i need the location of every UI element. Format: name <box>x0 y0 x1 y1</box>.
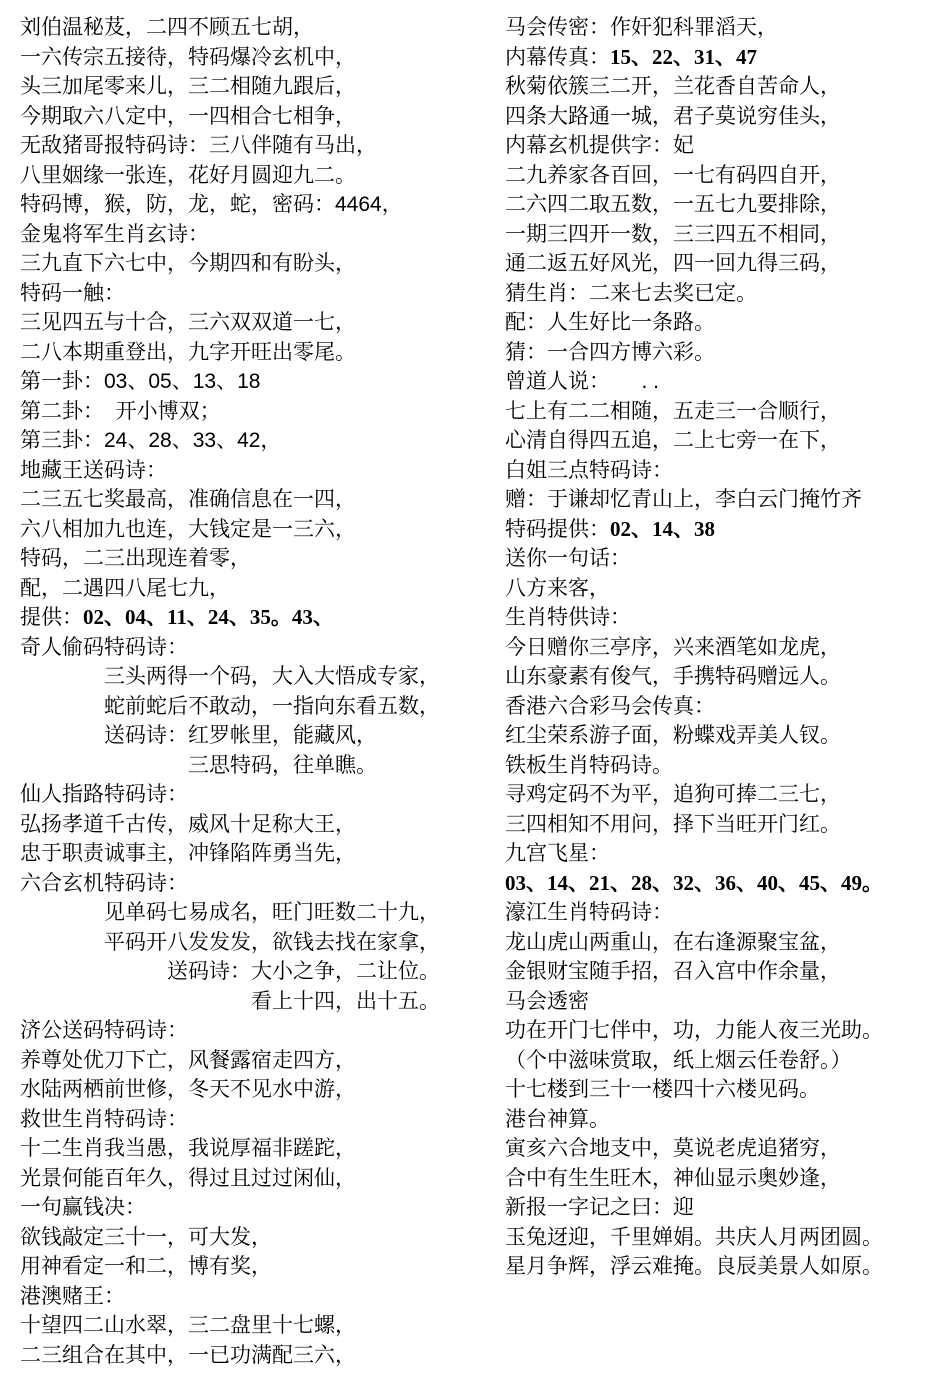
text-run: 二八本期重登出，九字开旺出零尾。 <box>20 341 356 364</box>
text-run: 送码诗：大小之争，二让位。 <box>20 960 440 983</box>
text-line: 一六传宗五接待，特码爆冷玄机中， <box>20 43 485 73</box>
text-line: 看上十四，出十五。 <box>20 987 485 1017</box>
number-run: 02、04、11、24、35。43、 <box>83 605 334 629</box>
text-line: 平码开八发发发，欲钱去找在家拿， <box>20 928 485 958</box>
text-run: 猜生肖：二来七去奖已定。 <box>505 282 757 305</box>
text-line: 弘扬孝道千古传，威风十足称大王， <box>20 810 485 840</box>
text-line: 03、14、21、28、32、36、40、45、49。 <box>505 869 930 899</box>
text-line: 水陆两栖前世修，冬天不见水中游， <box>20 1075 485 1105</box>
text-run: 濠江生肖特码诗： <box>505 901 673 924</box>
text-run: 山东豪素有俊气，手携特码赠远人。 <box>505 665 841 688</box>
text-line: 六八相加九也连，大钱定是一三六， <box>20 515 485 545</box>
text-line: 二三五七奖最高，准确信息在一四， <box>20 485 485 515</box>
text-run: 二九养家各百回，一七有码四自开， <box>505 164 841 187</box>
text-line: 合中有生生旺木，神仙显示奥妙逢， <box>505 1164 930 1194</box>
text-line: 曾道人说： . . <box>505 367 930 397</box>
text-run: 地藏王送码诗： <box>20 459 167 482</box>
text-run: 心清自得四五追，二上七旁一在下， <box>505 429 841 452</box>
text-run: 今期取六八定中，一四相合七相争， <box>20 105 356 128</box>
text-run: 弘扬孝道千古传，威风十足称大王， <box>20 813 356 836</box>
text-run: 寻鸡定码不为平，追狗可捧二三七， <box>505 783 841 806</box>
text-run: 红尘荣系游子面，粉蝶戏弄美人钗。 <box>505 724 841 747</box>
text-line: 四条大路通一城，君子莫说穷佳头， <box>505 102 930 132</box>
text-line: 见单码七易成名，旺门旺数二十九， <box>20 898 485 928</box>
text-run: 内幕玄机提供字：妃 <box>505 134 694 157</box>
text-run: 玉兔迓迎，千里婵娟。共庆人月两团圆。 <box>505 1226 883 1249</box>
text-run: 一句赢钱决： <box>20 1196 146 1219</box>
text-run: 十七楼到三十一楼四十六楼见码。 <box>505 1078 820 1101</box>
text-line: （个中滋味赏取，纸上烟云任卷舒。） <box>505 1046 930 1076</box>
text-line: 二三组合在其中，一已功满配三六， <box>20 1341 485 1371</box>
text-run: 送码诗：红罗帐里，能藏风， <box>20 724 377 747</box>
text-run: （个中滋味赏取，纸上烟云任卷舒。） <box>505 1049 852 1072</box>
text-line: 玉兔迓迎，千里婵娟。共庆人月两团圆。 <box>505 1223 930 1253</box>
text-run: 新报一字记之曰：迎 <box>505 1196 694 1219</box>
text-line: 三头两得一个码，大入大悟成专家， <box>20 662 485 692</box>
text-line: 濠江生肖特码诗： <box>505 898 930 928</box>
text-run: 合中有生生旺木，神仙显示奥妙逢， <box>505 1167 841 1190</box>
text-line: 送你一句话： <box>505 544 930 574</box>
text-line: 十二生肖我当愚，我说厚福非蹉跎， <box>20 1134 485 1164</box>
number-run: 02、14、38 <box>610 517 715 541</box>
text-line: 光景何能百年久，得过且过过闲仙， <box>20 1164 485 1194</box>
text-run: 奇人偷码特码诗： <box>20 636 188 659</box>
text-line: 地藏王送码诗： <box>20 456 485 486</box>
text-run: 养尊处优刀下亡，风餐露宿走四方， <box>20 1049 356 1072</box>
text-run: 三九直下六七中，今期四和有盼头， <box>20 252 356 275</box>
text-line: 特码博，猴，防，龙，蛇，密码：4464， <box>20 190 485 220</box>
text-run: 救世生肖特码诗： <box>20 1108 188 1131</box>
text-run: 星月争辉，浮云难掩。良辰美景人如原。 <box>505 1255 883 1278</box>
text-line: 内幕玄机提供字：妃 <box>505 131 930 161</box>
text-line: 龙山虎山两重山，在右逢源聚宝盆， <box>505 928 930 958</box>
text-line: 提供：02、04、11、24、35。43、 <box>20 603 485 633</box>
text-line: 三见四五与十合，三六双双道一七， <box>20 308 485 338</box>
text-run: 马会传密：作奸犯科罪滔天， <box>505 16 778 39</box>
text-line: 配，二遇四八尾七九， <box>20 574 485 604</box>
text-run: 三四相知不用问，择下当旺开门红。 <box>505 813 841 836</box>
text-line: 配：人生好比一条路。 <box>505 308 930 338</box>
text-run: 特码一触： <box>20 282 125 305</box>
text-line: 星月争辉，浮云难掩。良辰美景人如原。 <box>505 1252 930 1282</box>
text-line: 生肖特供诗： <box>505 603 930 633</box>
text-run: 第一卦：03、05、13、18 <box>20 370 260 393</box>
text-run: 猜：一合四方博六彩。 <box>505 341 715 364</box>
text-line: 功在开门七伴中，功，力能人夜三光助。 <box>505 1016 930 1046</box>
text-run: 济公送码特码诗： <box>20 1019 188 1042</box>
text-run: 马会透密 <box>505 990 589 1013</box>
text-line: 猜生肖：二来七去奖已定。 <box>505 279 930 309</box>
text-line: 仙人指路特码诗： <box>20 780 485 810</box>
right-column: 马会传密：作奸犯科罪滔天，内幕传真：15、22、31、47秋菊依簇三二开，兰花香… <box>505 13 930 1282</box>
text-line: 八方来客， <box>505 574 930 604</box>
text-run: 港澳赌王： <box>20 1285 125 1308</box>
text-line: 特码提供：02、14、38 <box>505 515 930 545</box>
text-run: 三见四五与十合，三六双双道一七， <box>20 311 356 334</box>
text-run: 刘伯温秘芨，二四不顾五七胡， <box>20 16 314 39</box>
text-line: 第一卦：03、05、13、18 <box>20 367 485 397</box>
text-line: 通二返五好风光，四一回九得三码， <box>505 249 930 279</box>
text-run: 白姐三点特码诗： <box>505 459 673 482</box>
text-line: 白姐三点特码诗： <box>505 456 930 486</box>
text-run: 第二卦： 开小博双； <box>20 400 221 423</box>
text-run: 寅亥六合地支中，莫说老虎追猪穷， <box>505 1137 841 1160</box>
text-line: 蛇前蛇后不敢动，一指向东看五数， <box>20 692 485 722</box>
text-line: 心清自得四五追，二上七旁一在下， <box>505 426 930 456</box>
text-line: 三四相知不用问，择下当旺开门红。 <box>505 810 930 840</box>
text-run: 看上十四，出十五。 <box>20 990 440 1013</box>
text-run: 六合玄机特码诗： <box>20 872 188 895</box>
text-run: 送你一句话： <box>505 547 631 570</box>
text-run: 十二生肖我当愚，我说厚福非蹉跎， <box>20 1137 356 1160</box>
text-line: 十七楼到三十一楼四十六楼见码。 <box>505 1075 930 1105</box>
text-line: 秋菊依簇三二开，兰花香自苦命人， <box>505 72 930 102</box>
text-line: 七上有二二相随，五走三一合顺行， <box>505 397 930 427</box>
text-run: 平码开八发发发，欲钱去找在家拿， <box>20 931 440 954</box>
text-run: 港台神算。 <box>505 1108 610 1131</box>
text-run: 七上有二二相随，五走三一合顺行， <box>505 400 841 423</box>
left-column: 刘伯温秘芨，二四不顾五七胡，一六传宗五接待，特码爆冷玄机中，头三加尾零来儿，三二… <box>20 13 485 1370</box>
text-line: 铁板生肖特码诗。 <box>505 751 930 781</box>
text-run: 六八相加九也连，大钱定是一三六， <box>20 518 356 541</box>
text-run: 秋菊依簇三二开，兰花香自苦命人， <box>505 75 841 98</box>
text-line: 八里姻缘一张连，花好月圆迎九二。 <box>20 161 485 191</box>
text-run: 二三五七奖最高，准确信息在一四， <box>20 488 356 511</box>
text-run: 一期三四开一数，三三四五不相同， <box>505 223 841 246</box>
text-run: 头三加尾零来儿，三二相随九跟后， <box>20 75 356 98</box>
text-line: 特码，二三出现连着零， <box>20 544 485 574</box>
text-run: 三头两得一个码，大入大悟成专家， <box>20 665 440 688</box>
text-line: 九宫飞星： <box>505 839 930 869</box>
text-run: 通二返五好风光，四一回九得三码， <box>505 252 841 275</box>
text-run: 蛇前蛇后不敢动，一指向东看五数， <box>20 695 440 718</box>
text-run: 十望四二山水翠，三二盘里十七螺， <box>20 1314 356 1337</box>
text-run: 一六传宗五接待，特码爆冷玄机中， <box>20 46 356 69</box>
text-line: 今日赠你三亭序，兴来酒笔如龙虎， <box>505 633 930 663</box>
text-run: 功在开门七伴中，功，力能人夜三光助。 <box>505 1019 883 1042</box>
text-line: 马会透密 <box>505 987 930 1017</box>
text-run: 龙山虎山两重山，在右逢源聚宝盆， <box>505 931 841 954</box>
text-line: 马会传密：作奸犯科罪滔天， <box>505 13 930 43</box>
text-line: 用神看定一和二，博有奖， <box>20 1252 485 1282</box>
text-line: 送码诗：红罗帐里，能藏风， <box>20 721 485 751</box>
text-run: 见单码七易成名，旺门旺数二十九， <box>20 901 440 924</box>
text-run: 忠于职责诚事主，冲锋陷阵勇当先， <box>20 842 356 865</box>
text-run: 香港六合彩马会传真： <box>505 695 715 718</box>
text-line: 今期取六八定中，一四相合七相争， <box>20 102 485 132</box>
text-line: 寻鸡定码不为平，追狗可捧二三七， <box>505 780 930 810</box>
text-run: 金鬼将军生肖玄诗： <box>20 223 209 246</box>
text-run: 二三组合在其中，一已功满配三六， <box>20 1344 356 1367</box>
text-run: 用神看定一和二，博有奖， <box>20 1255 272 1278</box>
text-line: 香港六合彩马会传真： <box>505 692 930 722</box>
text-run: 提供： <box>20 606 83 629</box>
text-line: 特码一触： <box>20 279 485 309</box>
text-line: 第二卦： 开小博双； <box>20 397 485 427</box>
text-line: 红尘荣系游子面，粉蝶戏弄美人钗。 <box>505 721 930 751</box>
text-line: 一期三四开一数，三三四五不相同， <box>505 220 930 250</box>
text-run: 八方来客， <box>505 577 610 600</box>
text-line: 欲钱敲定三十一，可大发， <box>20 1223 485 1253</box>
text-line: 第三卦：24、28、33、42， <box>20 426 485 456</box>
text-line: 十望四二山水翠，三二盘里十七螺， <box>20 1311 485 1341</box>
text-line: 山东豪素有俊气，手携特码赠远人。 <box>505 662 930 692</box>
text-run: 内幕传真： <box>505 46 610 69</box>
text-run: 光景何能百年久，得过且过过闲仙， <box>20 1167 356 1190</box>
text-run: 八里姻缘一张连，花好月圆迎九二。 <box>20 164 356 187</box>
text-line: 三九直下六七中，今期四和有盼头， <box>20 249 485 279</box>
text-line: 金银财宝随手招，召入宫中作余量， <box>505 957 930 987</box>
text-run: 四条大路通一城，君子莫说穷佳头， <box>505 105 841 128</box>
text-line: 送码诗：大小之争，二让位。 <box>20 957 485 987</box>
text-line: 六合玄机特码诗： <box>20 869 485 899</box>
text-line: 刘伯温秘芨，二四不顾五七胡， <box>20 13 485 43</box>
text-run: 特码博，猴，防，龙，蛇，密码：4464， <box>20 193 403 216</box>
text-run: 九宫飞星： <box>505 842 610 865</box>
text-run: 特码提供： <box>505 518 610 541</box>
text-line: 养尊处优刀下亡，风餐露宿走四方， <box>20 1046 485 1076</box>
text-line: 二六四二取五数，一五七九要排除， <box>505 190 930 220</box>
text-run: 无敌猪哥报特码诗：三八伴随有马出， <box>20 134 377 157</box>
text-line: 赠：于谦却忆青山上，李白云门掩竹齐 <box>505 485 930 515</box>
text-run: 三思特码，往单瞧。 <box>20 754 377 777</box>
text-line: 二八本期重登出，九字开旺出零尾。 <box>20 338 485 368</box>
number-run: 15、22、31、47 <box>610 45 757 69</box>
text-line: 一句赢钱决： <box>20 1193 485 1223</box>
text-run: 配：人生好比一条路。 <box>505 311 715 334</box>
text-run: 金银财宝随手招，召入宫中作余量， <box>505 960 841 983</box>
text-line: 头三加尾零来儿，三二相随九跟后， <box>20 72 485 102</box>
text-run: 曾道人说： . . <box>505 370 659 393</box>
number-run: 03、14、21、28、32、36、40、45、49。 <box>505 871 883 895</box>
text-line: 二九养家各百回，一七有码四自开， <box>505 161 930 191</box>
text-run: 配，二遇四八尾七九， <box>20 577 230 600</box>
text-line: 济公送码特码诗： <box>20 1016 485 1046</box>
text-run: 赠：于谦却忆青山上，李白云门掩竹齐 <box>505 488 862 511</box>
text-line: 无敌猪哥报特码诗：三八伴随有马出， <box>20 131 485 161</box>
text-run: 欲钱敲定三十一，可大发， <box>20 1226 272 1249</box>
text-run: 二六四二取五数，一五七九要排除， <box>505 193 841 216</box>
text-run: 第三卦：24、28、33、42， <box>20 429 281 452</box>
text-line: 猜：一合四方博六彩。 <box>505 338 930 368</box>
text-run: 铁板生肖特码诗。 <box>505 754 673 777</box>
text-line: 港澳赌王： <box>20 1282 485 1312</box>
text-line: 寅亥六合地支中，莫说老虎追猪穷， <box>505 1134 930 1164</box>
text-run: 水陆两栖前世修，冬天不见水中游， <box>20 1078 356 1101</box>
text-line: 救世生肖特码诗： <box>20 1105 485 1135</box>
text-line: 奇人偷码特码诗： <box>20 633 485 663</box>
text-run: 仙人指路特码诗： <box>20 783 188 806</box>
text-line: 新报一字记之曰：迎 <box>505 1193 930 1223</box>
text-line: 港台神算。 <box>505 1105 930 1135</box>
text-line: 金鬼将军生肖玄诗： <box>20 220 485 250</box>
text-line: 内幕传真：15、22、31、47 <box>505 43 930 73</box>
text-run: 生肖特供诗： <box>505 606 631 629</box>
text-line: 忠于职责诚事主，冲锋陷阵勇当先， <box>20 839 485 869</box>
text-run: 特码，二三出现连着零， <box>20 547 251 570</box>
page: 刘伯温秘芨，二四不顾五七胡，一六传宗五接待，特码爆冷玄机中，头三加尾零来儿，三二… <box>0 0 935 1388</box>
text-run: 今日赠你三亭序，兴来酒笔如龙虎， <box>505 636 841 659</box>
text-line: 三思特码，往单瞧。 <box>20 751 485 781</box>
